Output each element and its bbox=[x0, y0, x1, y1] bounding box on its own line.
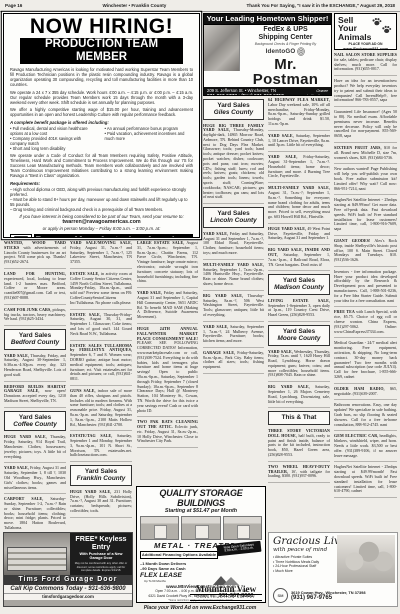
classified-ad: YARD SALE, Friday and Saturday, August 3… bbox=[203, 232, 264, 260]
classified-ad: BIG YARD SALE, INSIDE AND OUT, Saturday,… bbox=[268, 248, 330, 271]
classified-ad: MULTI-FAMILY YARD SALE, Saturday, Septem… bbox=[203, 263, 264, 291]
classified-ad: ESTATE/TAG SALE, Saturday, September 1 a… bbox=[70, 434, 132, 462]
fingerprinting-note: Background Checks & Finger Printing By bbox=[240, 42, 331, 46]
section-header: This & That bbox=[268, 411, 330, 425]
classified-ad: MULTI-FAMILY YARD SALE, August 31, 7a.m.… bbox=[268, 186, 330, 224]
classified-ad: 64 HIGHWAY FLEA MARKET, Labor Day weeken… bbox=[268, 98, 330, 131]
classified-ad: YARD SALE, Friday-Saturday, August 31-Se… bbox=[268, 155, 330, 183]
financing-note: Additional Financing Options Available bbox=[140, 551, 218, 559]
requirements-list: – High school diploma or GED, along with… bbox=[10, 187, 193, 212]
classified-ad: YARD SALE, Friday, August 31 and Saturda… bbox=[4, 466, 66, 494]
shed-photo-1 bbox=[140, 516, 179, 540]
bullet-line: – High school diploma or GED, along with… bbox=[10, 187, 193, 197]
section-header: Yard SalesMoore County bbox=[268, 325, 330, 346]
requirements-label: Requirements: bbox=[10, 181, 193, 186]
classified-ad: NAIL SALON STORE SUPPLIES for sale, tabl… bbox=[334, 53, 397, 76]
classified-ad: YARD SALE/MOVING SALE, Friday, August 31… bbox=[70, 241, 132, 269]
fingerprint-icon bbox=[297, 47, 305, 56]
classified-column-4: Yard SalesGiles CountyHUGE BIG THREE FAM… bbox=[203, 98, 264, 482]
classified-column-6: NAIL SALON STORE SUPPLIES for sale, tabl… bbox=[334, 53, 397, 528]
classified-ad: New authors wanted! Page Publishing will… bbox=[334, 167, 397, 195]
classified-column-5: 64 HIGHWAY FLEA MARKET, Labor Day weeken… bbox=[268, 98, 330, 528]
page-region: Winchester • Franklin County bbox=[103, 3, 167, 8]
classified-ad: TWO WHEEL HEAVY-DUTY TRAILER, 16', with … bbox=[268, 465, 330, 483]
classified-ad: ESTATE SALES TULLAHOMA by FIDELISTYX ANT… bbox=[70, 344, 132, 386]
classified-ad: GIANT GEODES! Alex's Rock Shop, inside S… bbox=[334, 239, 397, 267]
classified-ad: THREE STORY VICTORIAN DOLL HOUSE, half b… bbox=[268, 429, 330, 462]
bullet-line: • Short and long term disability bbox=[10, 146, 99, 151]
section-header: Yard SalesMadison County bbox=[268, 274, 330, 295]
garage-brand: Tims Ford Garage Door bbox=[4, 575, 132, 585]
ravago-logo-image bbox=[14, 236, 28, 238]
hiring-paragraph: We offer a highly competitive starting w… bbox=[10, 107, 193, 117]
postman-name: Mr. Postman bbox=[240, 57, 331, 87]
page-slogan: Thank You For Saying, "I saw it in the E… bbox=[246, 3, 395, 8]
classified-ad: YARD SALE, Saturday, September 1, 7a.m.-… bbox=[203, 325, 264, 348]
benefits-list-left: • Full medical, dental and vision health… bbox=[10, 126, 99, 151]
classified-ad: HughesNet Satellite Internet - 25mbps st… bbox=[334, 465, 397, 498]
storage-title: QUALITY STORAGE BUILDINGS bbox=[140, 489, 262, 508]
classified-ad: CASH FOR JUNK CARS, pickups, big trucks,… bbox=[4, 308, 66, 326]
garage-offer-fineprint: May not be combined with any other offer… bbox=[73, 562, 129, 572]
classified-ad: GEM ELECTRIC CAR, headlights, blinkers, … bbox=[334, 434, 397, 462]
classified-ad: Guaranteed Life Insurance! (Ages 50 to 8… bbox=[334, 110, 397, 143]
classified-ad: ESTATE SALE, in activity room at Coffee … bbox=[70, 272, 132, 310]
classified-ad: CARPORT SALE, Saturday-Sunday, September… bbox=[4, 497, 66, 529]
classified-ad: BIG YARD SALE, Thursday-Saturday, 8a.m.-… bbox=[203, 294, 264, 322]
owner-name: Lolita Jones bbox=[307, 93, 328, 96]
classified-ad: Medical Guardian - 24/7 medical alert mo… bbox=[334, 341, 397, 383]
postman-address: 209 S. Jefferson St. • Winchester, TN bbox=[207, 88, 284, 93]
classified-ad: BIG YARD SALE, Saturday, September 1, 26… bbox=[268, 385, 330, 408]
garage-phone: Call Kip Commons Today - 931-636-9800 bbox=[4, 585, 132, 594]
section-header: Yard SalesLincoln County bbox=[203, 207, 264, 228]
bullet-line: • Full medical, dental and vision health… bbox=[10, 126, 99, 136]
classified-ad: HUGE BIG THREE FAMILY YARD SALE, Thursda… bbox=[203, 124, 264, 205]
hiring-email: twarren@ravagoamericas.com bbox=[10, 219, 193, 225]
classified-column-2: YARD SALE/MOVING SALE, Friday, August 31… bbox=[70, 241, 132, 529]
classified-ad: ESTATE SALE, Thursday-Friday-Saturday, A… bbox=[70, 313, 132, 341]
hiring-title: NOW HIRING! bbox=[10, 16, 193, 38]
classified-ad: HUGE YARD SALE, 231 Holly Drive, (Holly … bbox=[70, 490, 132, 518]
classified-ad: SIXTEEN FRUIT JARS, $10 for all. Brand n… bbox=[334, 146, 397, 164]
garage-door-photo bbox=[4, 533, 70, 575]
classified-ad: YARD SALE, Wednesday, Thursday, Friday, … bbox=[268, 350, 330, 383]
sell-your-animals-ad: Sell Your Animals PLACE YOUR AD ON www.E… bbox=[334, 13, 397, 50]
classified-ad: Have an idea for an invention/new produc… bbox=[334, 79, 397, 107]
bullet-line: – Drug testing and criminal background c… bbox=[10, 207, 193, 212]
garage-website: timsfordgaragedoor.com bbox=[4, 593, 132, 600]
classified-ad: BEDFORD BUILDS HABITAT GARAGE SALE, now … bbox=[4, 385, 66, 408]
page-number: Page 16 bbox=[5, 3, 22, 8]
postman-banner: Your Leading Hometown Shipper! bbox=[204, 14, 331, 25]
garage-offer-title: FREE* Keyless Entry bbox=[73, 535, 129, 551]
classified-ad: FREE TEA with Lunch Special, with rice, … bbox=[334, 310, 397, 338]
section-header: Yard SalesGiles County bbox=[203, 99, 264, 120]
classified-ad: YARD SALE, Thursday, Friday, and Saturda… bbox=[4, 354, 66, 382]
hiring-subtitle: PRODUCTION TEAM MEMBER bbox=[20, 38, 183, 64]
garage-door-image bbox=[7, 547, 67, 571]
storage-bullet-2: –90 Days Same as Cash bbox=[140, 566, 262, 571]
shipping-center-photo bbox=[204, 25, 240, 71]
mountain-view-sub: CONSTRUCTION SUPPLY bbox=[190, 594, 262, 601]
ravago-logo: Ravago bbox=[10, 234, 32, 238]
classified-ad: LIVING ESTATE SALE, September 1-Septembe… bbox=[268, 299, 330, 322]
company-name: Ravago Manufacturing Americas bbox=[34, 235, 193, 238]
bullet-line: • Company provided 401K savings with com… bbox=[10, 136, 99, 146]
section-header: Yard SalesBedford County bbox=[4, 329, 66, 350]
now-hiring-ad: NOW HIRING! PRODUCTION TEAM MEMBER Ravag… bbox=[3, 13, 200, 238]
benefits-list-right: • An annual performance bonus program• P… bbox=[105, 126, 194, 151]
classified-ad: HUGE YARD SALE, Thursday, Friday, Saturd… bbox=[4, 435, 66, 463]
bullet-line: – Must be able to stand 8+ hours per day… bbox=[10, 197, 193, 207]
footer-promo: Place your Word Ad on www.Exchange931.co… bbox=[0, 605, 400, 611]
classified-ad: HUGE YARD SALE, 49 West Point Drive, Fay… bbox=[268, 227, 330, 245]
storage-price: Starting at $51.47 per Month bbox=[140, 508, 262, 515]
classified-ad: YARD SALE, Saturday, September 1, 10 Lan… bbox=[268, 134, 330, 152]
animals-website: www.Exchange931.com bbox=[338, 46, 393, 50]
classified-ad: GARAGE SALE, Friday-Saturday, 8a.m.-4p.m… bbox=[203, 351, 264, 374]
hiring-cta: If you have interest in being considered… bbox=[10, 214, 193, 219]
fedex-ups-line2: Shipping Center bbox=[240, 34, 331, 42]
page-header: Page 16 Winchester • Franklin County Tha… bbox=[0, 0, 400, 12]
classified-ad: Inventors - free information package. Ha… bbox=[334, 270, 397, 308]
classified-column-1: WANTED, WOOD YARD STICKS with advertisem… bbox=[4, 241, 66, 529]
garage-door-ad: FREE* Keyless Entry With Purchase of a N… bbox=[3, 532, 133, 607]
garage-offer-box: FREE* Keyless Entry With Purchase of a N… bbox=[70, 533, 132, 575]
hiring-cta2: or apply in person Monday – Friday 8:00 … bbox=[10, 226, 193, 231]
classified-ad: Bathroom renovations. Easy, one day upda… bbox=[334, 403, 397, 431]
classified-ad: GUNS SALE, indoor sale of more than 40 r… bbox=[70, 389, 132, 431]
animals-line3: Animals bbox=[338, 33, 371, 42]
hiring-paragraph: Ravago Manufacturing Americas is looking… bbox=[10, 67, 193, 87]
residents-photo bbox=[337, 535, 395, 583]
classified-ad: LAND FOR HUNTING, experienced, local, lo… bbox=[4, 272, 66, 305]
classified-ad: HUGE 24TH ANNUAL FALL/WINTER MARKET PLAC… bbox=[137, 327, 198, 417]
postman-phone: 931-967-5777 • (Fax) 931-967-5719 bbox=[207, 94, 284, 96]
classified-ad: LARGE ESTATE SALE, August 31, 7a.m.-3p.m… bbox=[137, 241, 198, 288]
paw-prints-icon bbox=[371, 16, 393, 36]
section-header: Yard SalesCoffee County bbox=[4, 411, 66, 432]
bullet-line: • Paid vacation, achievement incentives … bbox=[105, 131, 194, 141]
hiring-paragraph: We operate a 24 x 7 x 355 day schedule. … bbox=[10, 90, 193, 105]
classified-ad: TWO PAK RATS CLEANING OUT THE ATTIC. Ecl… bbox=[137, 420, 198, 448]
mountain-view-name: Mountain View bbox=[190, 585, 262, 594]
shed-photo-3 bbox=[223, 516, 262, 540]
section-header: Yard SalesFranklin County bbox=[70, 465, 132, 486]
classified-ad: OLDER HAM RADIO, $65, negotiable. (931)6… bbox=[334, 387, 397, 401]
mr-postman-ad: Your Leading Hometown Shipper! FedEx & U… bbox=[203, 13, 332, 96]
newspaper-page: Page 16 Winchester • Franklin County Tha… bbox=[0, 0, 400, 614]
classified-column-3: LARGE ESTATE SALE, August 31, 7a.m.-3p.m… bbox=[137, 241, 198, 482]
postman-contact-bar: 209 S. Jefferson St. • Winchester, TN 93… bbox=[204, 87, 331, 96]
ravago-banner: Ravago Manufacturing Americas 405 Park T… bbox=[34, 234, 193, 238]
fedex-ups-line1: FedEx & UPS bbox=[240, 26, 331, 34]
storage-buildings-ad: QUALITY STORAGE BUILDINGS Starting at $5… bbox=[136, 486, 266, 603]
assisted-living-ad: Gracious Living... with peace of mind • … bbox=[268, 532, 398, 607]
classified-ad: YARD SALE, Friday and Saturday, August 3… bbox=[137, 291, 198, 324]
garage-offer-sub: With Purchase of a New Garage Door bbox=[73, 552, 129, 561]
gracious-phone: (931) 967-9765 bbox=[291, 595, 366, 601]
southern-manor-logo: SM bbox=[273, 588, 288, 603]
classified-ad: HughesNet Satellite Internet - 25mbps st… bbox=[334, 198, 397, 236]
identogo-logo: IdentoGO bbox=[266, 48, 296, 55]
hiring-paragraph: We operate under a Code of Conduct for a… bbox=[10, 153, 193, 178]
benefits-label: A complete benefit package is offered in… bbox=[10, 120, 193, 125]
classified-ad: WANTED, WOOD YARD STICKS with advertisem… bbox=[4, 241, 66, 269]
shed-photo-2 bbox=[181, 516, 220, 540]
